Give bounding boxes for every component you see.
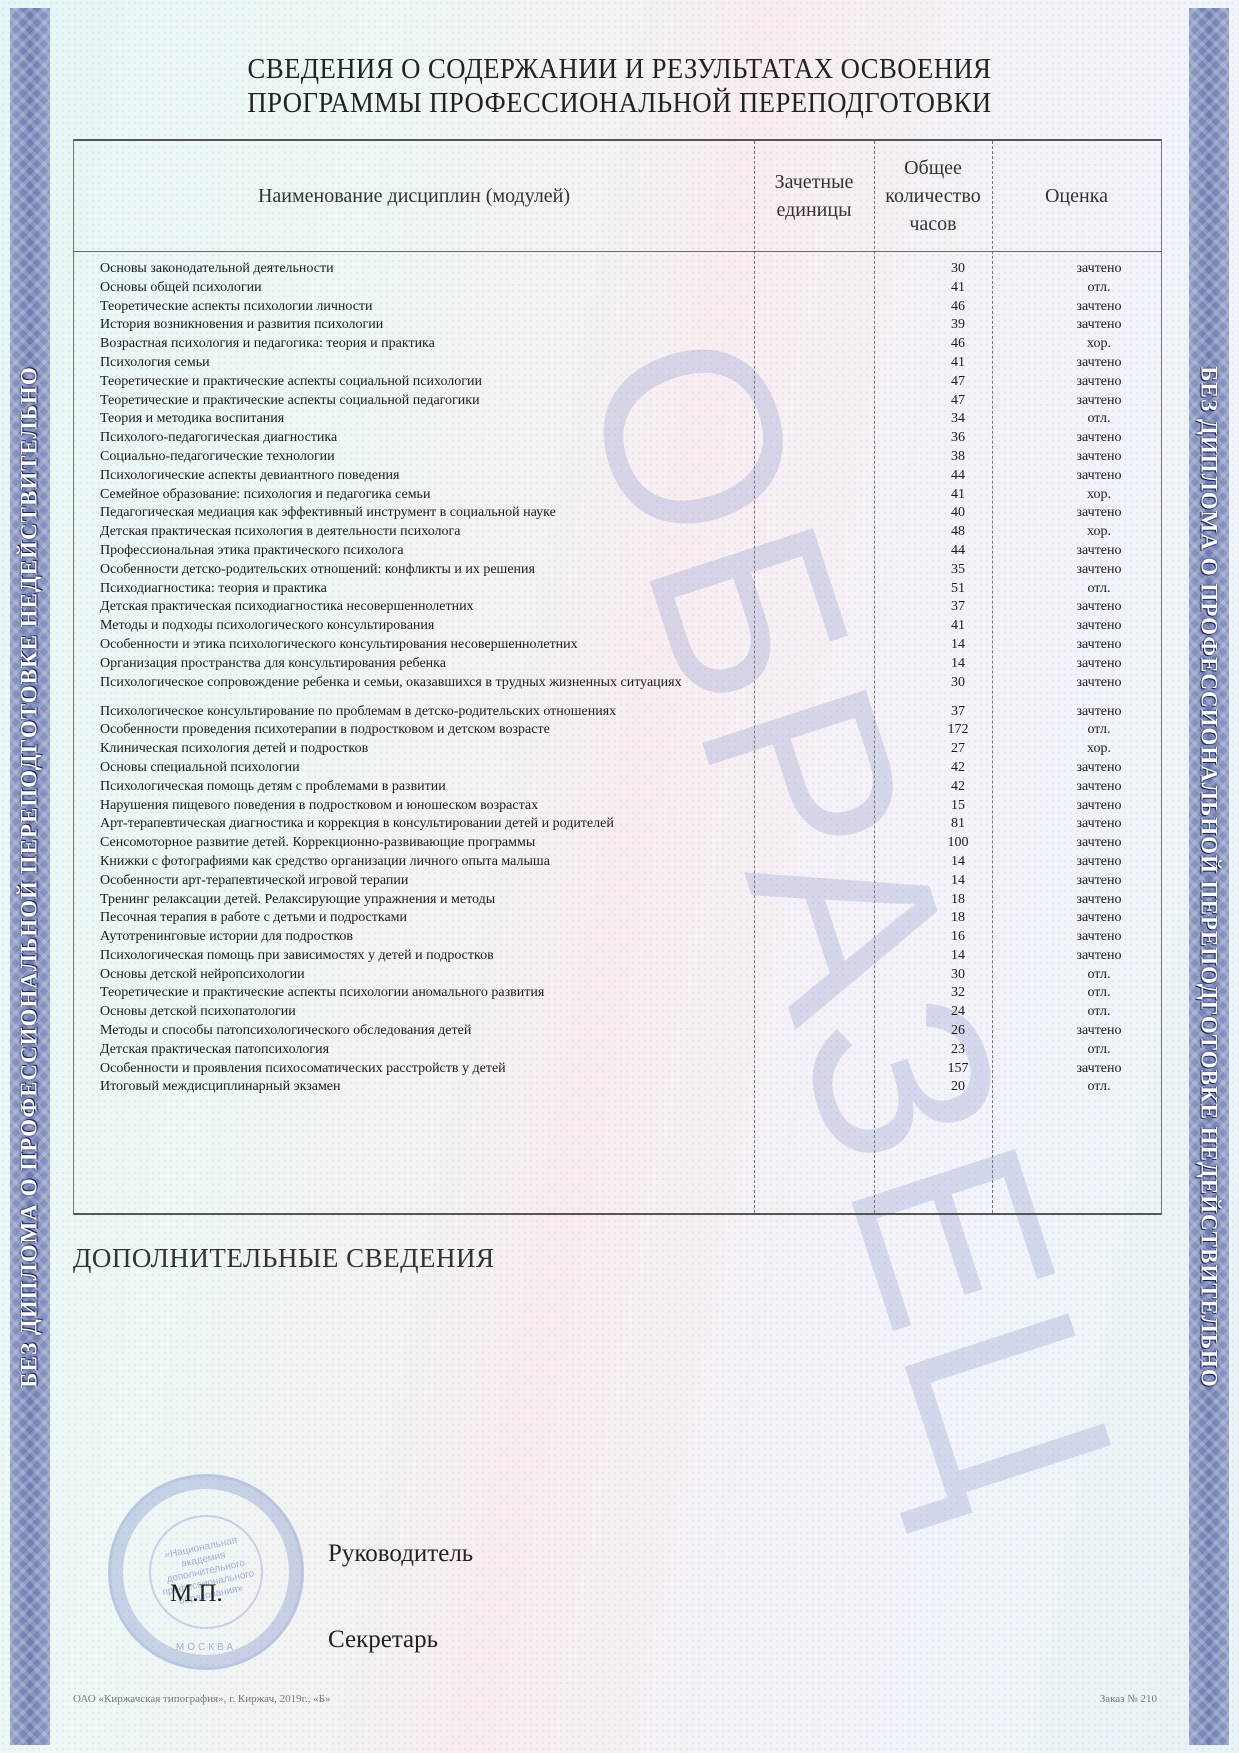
table-row: Особенности арт-терапевтической игровой … [100,873,1161,892]
signature-secretary-label: Секретарь [328,1626,438,1654]
total-hours: 172 [930,722,986,738]
discipline-name: Детская практическая патопсихология [100,1042,770,1058]
discipline-name: Песочная терапия в работе с детьми и под… [100,910,770,926]
discipline-name: Детская практическая психология в деятел… [100,524,770,540]
table-row: Аутотренинговые истории для подростков16… [100,929,1161,948]
total-hours: 44 [930,468,986,484]
table-row: Психология семьи41зачтено [100,355,1161,374]
table-row: Особенности проведения психотерапии в по… [100,722,1161,741]
header-hours-line3: часов [885,210,980,238]
table-row: Социально-педагогические технологии38зач… [100,449,1161,468]
total-hours: 23 [930,1042,986,1058]
table-row: Психологическая помощь при зависимостях … [100,948,1161,967]
total-hours: 18 [930,892,986,908]
discipline-name: Итоговый междисциплинарный экзамен [100,1079,770,1095]
grade: отл. [1044,967,1154,983]
grade: зачтено [1044,430,1154,446]
total-hours: 41 [930,355,986,371]
total-hours: 26 [930,1023,986,1039]
discipline-name: Психологическая помощь при зависимостях … [100,948,770,964]
discipline-name: Основы общей психологии [100,280,770,296]
total-hours: 30 [930,675,986,691]
table-row: Основы общей психологии41отл. [100,280,1161,299]
header-hours-line1: Общее [885,154,980,182]
total-hours: 37 [930,599,986,615]
table-row: Детская практическая патопсихология23отл… [100,1042,1161,1061]
total-hours: 20 [930,1079,986,1095]
order-number: Заказ № 210 [1100,1693,1157,1705]
grade: хор. [1044,336,1154,352]
grade: зачтено [1044,760,1154,776]
total-hours: 39 [930,317,986,333]
grade: зачтено [1044,637,1154,653]
total-hours: 18 [930,910,986,926]
stamp-center-text: «Национальная академия дополнительного п… [138,1504,273,1639]
grade: зачтено [1044,675,1154,691]
total-hours: 38 [930,449,986,465]
grade: зачтено [1044,261,1154,277]
table-row: Теоретические и практические аспекты соц… [100,374,1161,393]
total-hours: 47 [930,374,986,390]
discipline-name: Методы и подходы психологического консул… [100,618,770,634]
discipline-name: Возрастная психология и педагогика: теор… [100,336,770,352]
grade: отл. [1044,1042,1154,1058]
table-row: Теоретические и практические аспекты пси… [100,985,1161,1004]
table-row: Книжки с фотографиями как средство орган… [100,854,1161,873]
table-row: Основы законодательной деятельности30зач… [100,261,1161,280]
table-row: Сенсомоторное развитие детей. Коррекцион… [100,835,1161,854]
grade: зачтено [1044,449,1154,465]
discipline-name: Нарушения пищевого поведения в подростко… [100,798,770,814]
table-row: Психодиагностика: теория и практика51отл… [100,581,1161,600]
right-band-text: БЕЗ ДИПЛОМА О ПРОФЕССИОНАЛЬНОЙ ПЕРЕПОДГО… [1196,366,1222,1387]
table-row: Особенности и проявления психосоматическ… [100,1061,1161,1080]
discipline-name: Особенности арт-терапевтической игровой … [100,873,770,889]
grade: зачтено [1044,374,1154,390]
table-row: Особенности и этика психологического кон… [100,637,1161,656]
discipline-name: Книжки с фотографиями как средство орган… [100,854,770,870]
additional-info-heading: ДОПОЛНИТЕЛЬНЫЕ СВЕДЕНИЯ [73,1243,495,1274]
table-row: Нарушения пищевого поведения в подростко… [100,798,1161,817]
total-hours: 34 [930,411,986,427]
grade: зачтено [1044,1023,1154,1039]
table-row: Основы детской психопатологии24отл. [100,1004,1161,1023]
total-hours: 14 [930,948,986,964]
grade: зачтено [1044,505,1154,521]
grade: зачтено [1044,299,1154,315]
right-security-band: БЕЗ ДИПЛОМА О ПРОФЕССИОНАЛЬНОЙ ПЕРЕПОДГО… [1189,8,1229,1745]
grade: зачтено [1044,317,1154,333]
header-credits-line2: единицы [775,196,854,224]
total-hours: 100 [930,835,986,851]
discipline-name: Особенности проведения психотерапии в по… [100,722,770,738]
grade: хор. [1044,741,1154,757]
grade: зачтено [1044,355,1154,371]
table-row: Основы детской нейропсихологии30отл. [100,967,1161,986]
grade: зачтено [1044,835,1154,851]
total-hours: 44 [930,543,986,559]
total-hours: 16 [930,929,986,945]
title-line-2: ПРОГРАММЫ ПРОФЕССИОНАЛЬНОЙ ПЕРЕПОДГОТОВК… [50,86,1190,120]
discipline-name: Теоретические аспекты психологии личност… [100,299,770,315]
discipline-name: Основы детской психопатологии [100,1004,770,1020]
discipline-name: Психологические аспекты девиантного пове… [100,468,770,484]
table-row: Психологические аспекты девиантного пове… [100,468,1161,487]
discipline-name: Методы и способы патопсихологического об… [100,1023,770,1039]
grade: зачтено [1044,599,1154,615]
grade: зачтено [1044,1061,1154,1077]
header-grade: Оценка [992,141,1161,251]
discipline-name: Аутотренинговые истории для подростков [100,929,770,945]
total-hours: 41 [930,618,986,634]
table-body: Основы законодательной деятельности30зач… [100,261,1161,1098]
grade: зачтено [1044,562,1154,578]
header-name-text: Наименование дисциплин (модулей) [258,182,570,210]
total-hours: 41 [930,280,986,296]
grade: хор. [1044,487,1154,503]
grade: зачтено [1044,468,1154,484]
discipline-name: Основы специальной психологии [100,760,770,776]
grade: зачтено [1044,948,1154,964]
total-hours: 24 [930,1004,986,1020]
discipline-name: Психологическое консультирование по проб… [100,704,770,720]
grade: отл. [1044,985,1154,1001]
discipline-name: Особенности детско-родительских отношени… [100,562,770,578]
grade: зачтено [1044,704,1154,720]
header-grade-text: Оценка [1045,182,1108,210]
table-row: Арт-терапевтическая диагностика и коррек… [100,816,1161,835]
discipline-name: Психодиагностика: теория и практика [100,581,770,597]
total-hours: 30 [930,967,986,983]
total-hours: 14 [930,854,986,870]
discipline-name: Психологическое сопровождение ребенка и … [100,675,770,691]
discipline-name: Теоретические и практические аспекты пси… [100,985,770,1001]
discipline-name: Теоретические и практические аспекты соц… [100,374,770,390]
table-row: Детская практическая психодиагностика не… [100,599,1161,618]
grade: зачтено [1044,779,1154,795]
grade: отл. [1044,1004,1154,1020]
grade: отл. [1044,581,1154,597]
discipline-name: Особенности и проявления психосоматическ… [100,1061,770,1077]
grade: зачтено [1044,854,1154,870]
total-hours: 15 [930,798,986,814]
header-credits-line1: Зачетные [775,168,854,196]
header-total-hours: Общее количество часов [874,141,992,251]
total-hours: 37 [930,704,986,720]
total-hours: 46 [930,336,986,352]
grade: зачтено [1044,798,1154,814]
total-hours: 42 [930,779,986,795]
grade: отл. [1044,1079,1154,1095]
grade: зачтено [1044,892,1154,908]
left-security-band: БЕЗ ДИПЛОМА О ПРОФЕССИОНАЛЬНОЙ ПЕРЕПОДГО… [10,8,50,1745]
title-line-1: СВЕДЕНИЯ О СОДЕРЖАНИИ И РЕЗУЛЬТАТАХ ОСВО… [50,52,1190,86]
seal-label: М.П. [170,1580,223,1608]
table-row: Особенности детско-родительских отношени… [100,562,1161,581]
discipline-name: История возникновения и развития психоло… [100,317,770,333]
printer-imprint: ОАО «Киржачская типография», г. Киржач, … [73,1693,331,1705]
table-row: Методы и подходы психологического консул… [100,618,1161,637]
total-hours: 27 [930,741,986,757]
grade: зачтено [1044,543,1154,559]
signature-head-label: Руководитель [328,1540,473,1568]
discipline-name: Теория и методика воспитания [100,411,770,427]
table-row: Психологическое консультирование по проб… [100,704,1161,723]
discipline-name: Психолого-педагогическая диагностика [100,430,770,446]
grade: зачтено [1044,910,1154,926]
table-row: Клиническая психология детей и подростко… [100,741,1161,760]
grade: зачтено [1044,656,1154,672]
table-row: Тренинг релаксации детей. Релаксирующие … [100,892,1161,911]
table-row: Психолого-педагогическая диагностика36за… [100,430,1161,449]
table-row: Психологическое сопровождение ребенка и … [100,675,1161,704]
table-row: Теоретические аспекты психологии личност… [100,299,1161,318]
discipline-name: Психология семьи [100,355,770,371]
table-row: Педагогическая медиация как эффективный … [100,505,1161,524]
document-title: СВЕДЕНИЯ О СОДЕРЖАНИИ И РЕЗУЛЬТАТАХ ОСВО… [0,52,1239,120]
total-hours: 36 [930,430,986,446]
total-hours: 14 [930,873,986,889]
total-hours: 47 [930,393,986,409]
table-row: Основы специальной психологии42зачтено [100,760,1161,779]
stamp-city: МОСКВА [111,1642,301,1653]
header-discipline-name: Наименование дисциплин (модулей) [74,141,754,251]
table-row: Итоговый междисциплинарный экзамен20отл. [100,1079,1161,1098]
discipline-name: Детская практическая психодиагностика не… [100,599,770,615]
grade: отл. [1044,722,1154,738]
total-hours: 81 [930,816,986,832]
discipline-name: Семейное образование: психология и педаг… [100,487,770,503]
grade: отл. [1044,411,1154,427]
discipline-name: Сенсомоторное развитие детей. Коррекцион… [100,835,770,851]
total-hours: 51 [930,581,986,597]
discipline-name: Тренинг релаксации детей. Релаксирующие … [100,892,770,908]
discipline-name: Профессиональная этика практического пси… [100,543,770,559]
total-hours: 48 [930,524,986,540]
table-row: Семейное образование: психология и педаг… [100,487,1161,506]
total-hours: 157 [930,1061,986,1077]
discipline-name: Педагогическая медиация как эффективный … [100,505,770,521]
total-hours: 46 [930,299,986,315]
grade: зачтено [1044,393,1154,409]
table-row: История возникновения и развития психоло… [100,317,1161,336]
header-hours-line2: количество [885,182,980,210]
discipline-name: Основы законодательной деятельности [100,261,770,277]
grade: зачтено [1044,816,1154,832]
discipline-name: Социально-педагогические технологии [100,449,770,465]
total-hours: 40 [930,505,986,521]
table-row: Теория и методика воспитания34отл. [100,411,1161,430]
header-divider [74,251,1161,252]
total-hours: 42 [930,760,986,776]
total-hours: 35 [930,562,986,578]
total-hours: 14 [930,656,986,672]
grade: хор. [1044,524,1154,540]
grade: зачтено [1044,873,1154,889]
table-row: Организация пространства для консультиро… [100,656,1161,675]
table-row: Теоретические и практические аспекты соц… [100,393,1161,412]
total-hours: 41 [930,487,986,503]
total-hours: 32 [930,985,986,1001]
discipline-name: Основы детской нейропсихологии [100,967,770,983]
total-hours: 14 [930,637,986,653]
disciplines-table: Наименование дисциплин (модулей) Зачетны… [73,139,1162,1215]
discipline-name: Клиническая психология детей и подростко… [100,741,770,757]
grade: зачтено [1044,929,1154,945]
discipline-name: Психологическая помощь детям с проблемам… [100,779,770,795]
discipline-name: Организация пространства для консультиро… [100,656,770,672]
grade: отл. [1044,280,1154,296]
table-row: Профессиональная этика практического пси… [100,543,1161,562]
discipline-name: Особенности и этика психологического кон… [100,637,770,653]
header-credits: Зачетные единицы [754,141,874,251]
table-row: Песочная терапия в работе с детьми и под… [100,910,1161,929]
table-row: Возрастная психология и педагогика: теор… [100,336,1161,355]
table-row: Психологическая помощь детям с проблемам… [100,779,1161,798]
table-row: Детская практическая психология в деятел… [100,524,1161,543]
grade: зачтено [1044,618,1154,634]
discipline-name: Арт-терапевтическая диагностика и коррек… [100,816,770,832]
official-stamp: «Национальная академия дополнительного п… [108,1474,304,1670]
total-hours: 30 [930,261,986,277]
table-row: Методы и способы патопсихологического об… [100,1023,1161,1042]
left-band-text: БЕЗ ДИПЛОМА О ПРОФЕССИОНАЛЬНОЙ ПЕРЕПОДГО… [17,366,43,1387]
discipline-name: Теоретические и практические аспекты соц… [100,393,770,409]
